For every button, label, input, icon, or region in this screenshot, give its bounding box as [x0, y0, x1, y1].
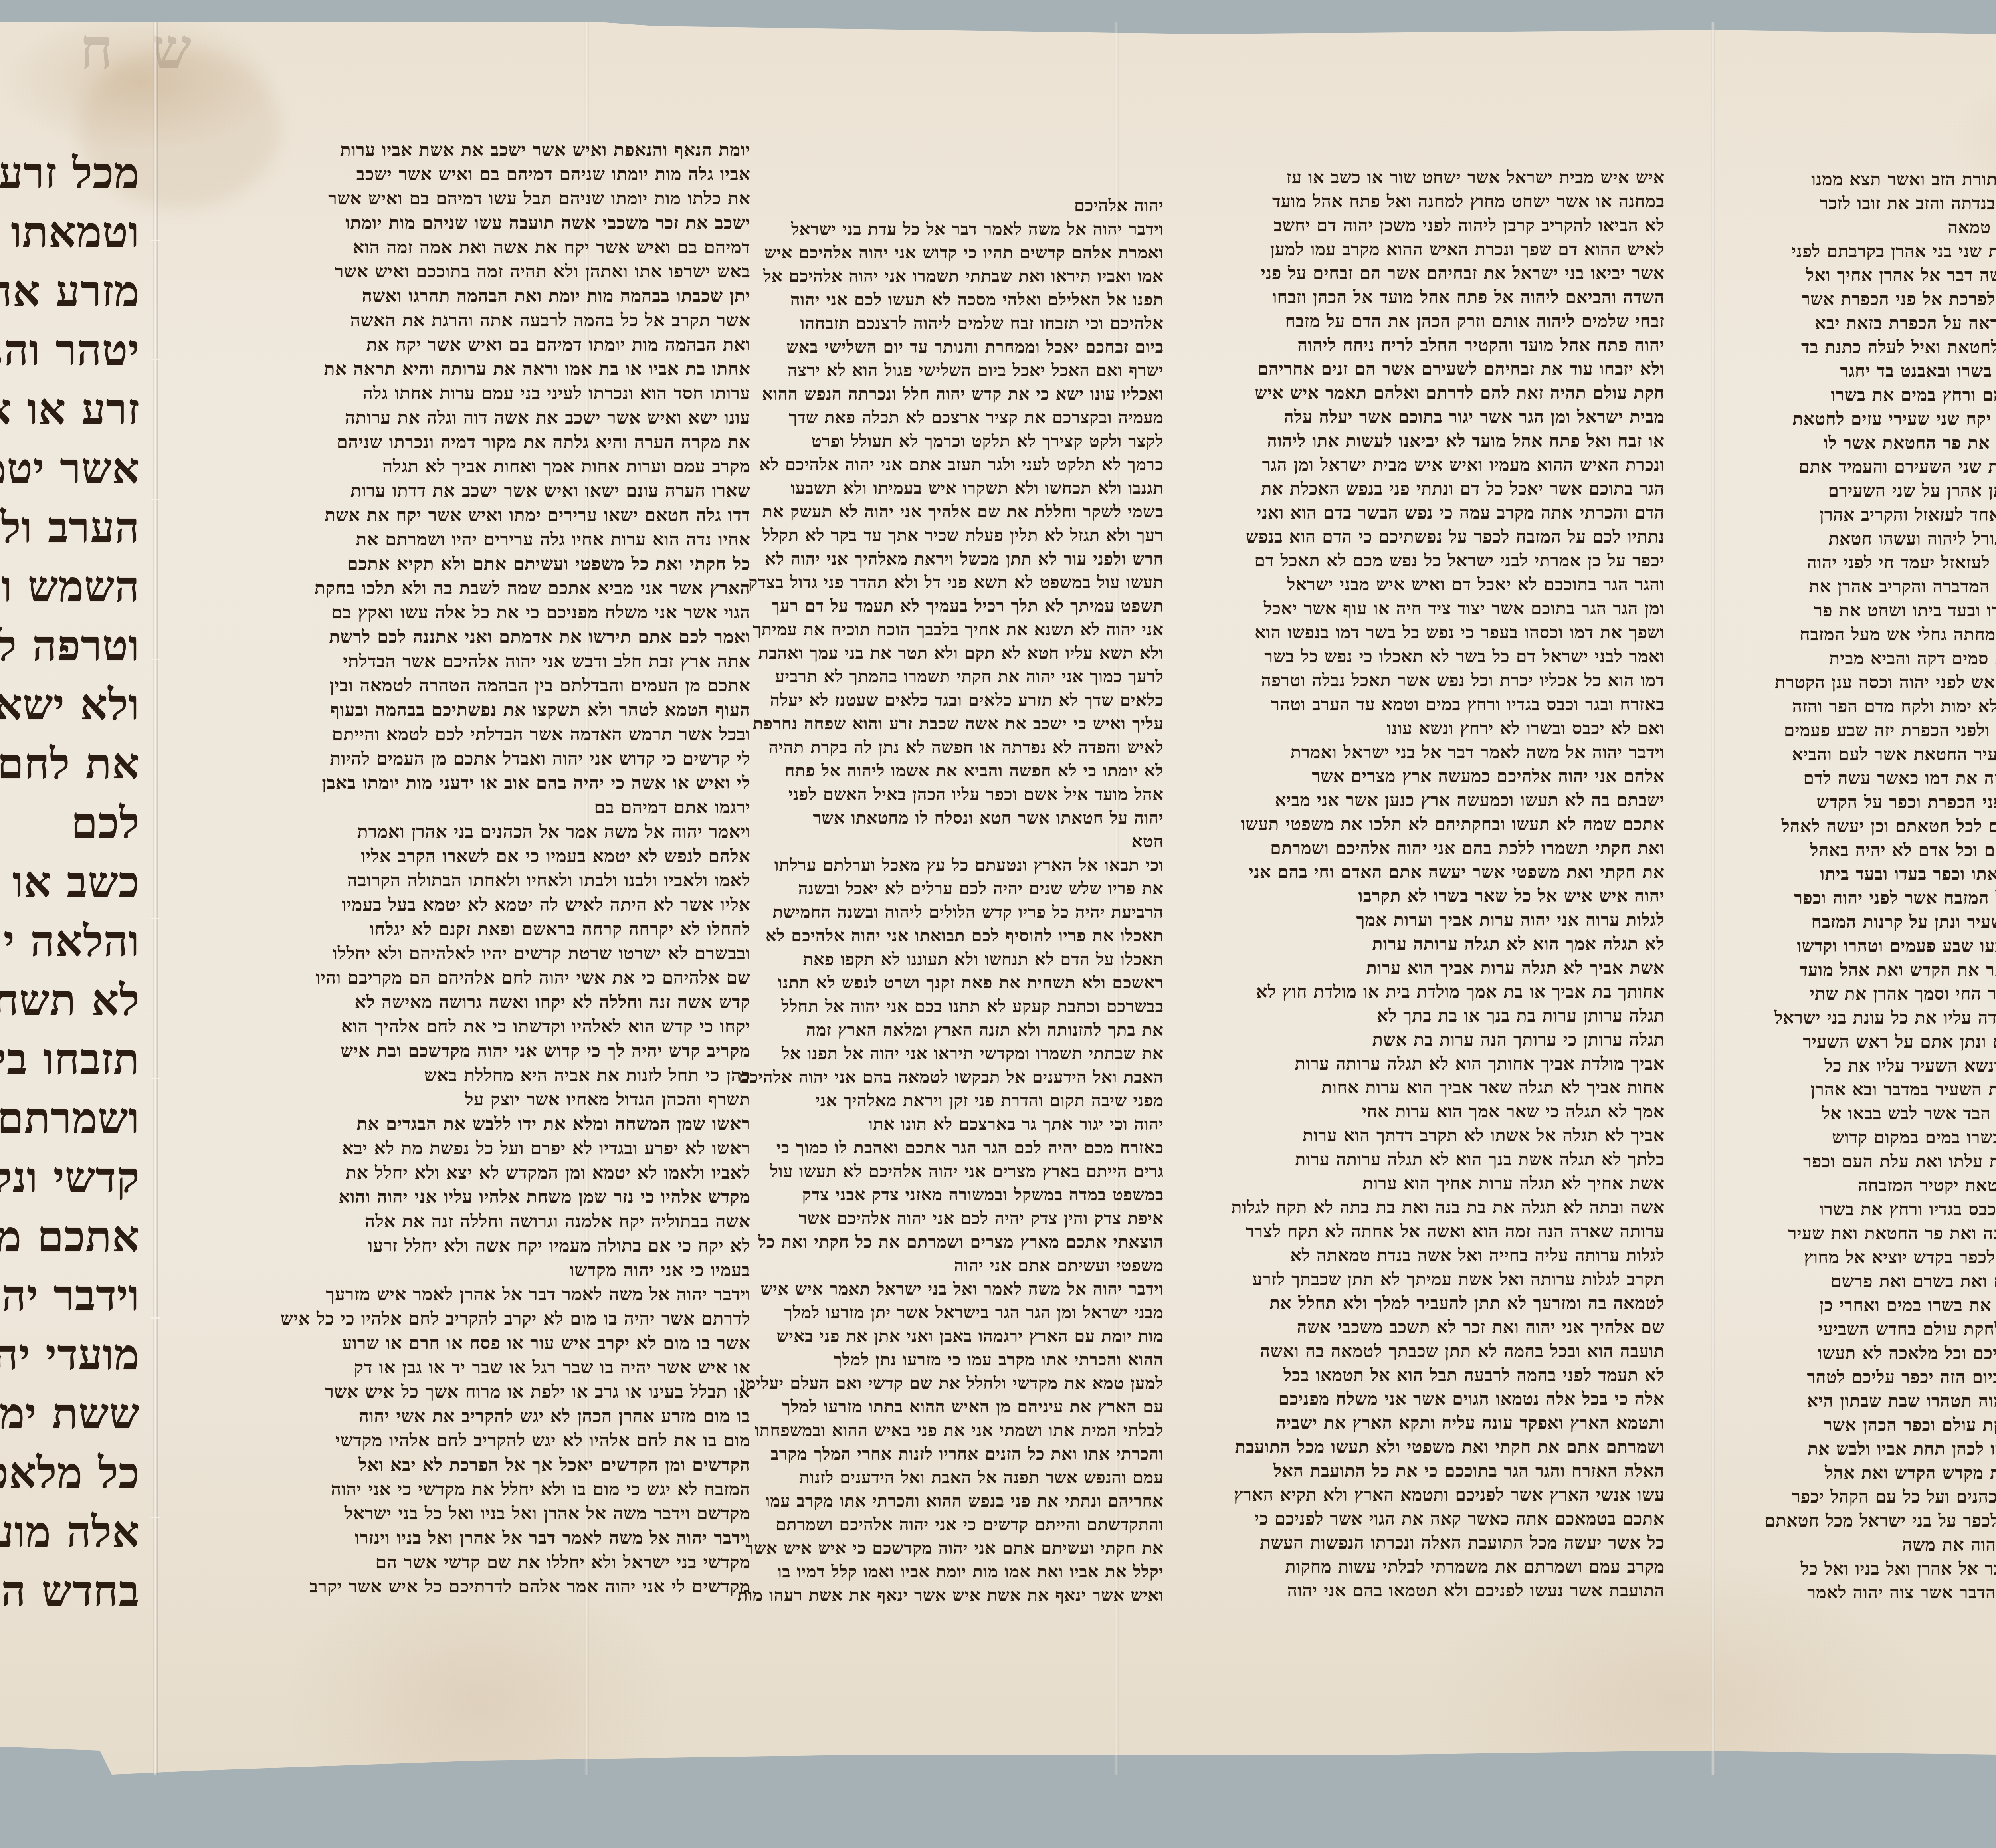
scroll-text-line: לאיש והפדה לא נפדתה או חפשה לא נתן לה בק… — [715, 735, 1164, 759]
scroll-text-line: אלה כי בכל אלה נטמאו הגוים אשר אני משלח … — [1222, 1387, 1665, 1411]
scroll-text-line: אמו ואביו תיראו ואת שבתתי תשמרו אני יהוה… — [715, 264, 1164, 288]
scroll-text-line: והשרף אתם יכבס בגדיו ורחץ את בשרו במים ו… — [1743, 1293, 1996, 1317]
scroll-text-line: יבוא אל המחנה והיתה לכם לחקת עולם בחדש ה… — [1743, 1317, 1996, 1341]
scroll-text-line: לקצר ולקט קצירך לא תלקט וכרמך לא תעולל ו… — [715, 429, 1164, 453]
scroll-text-line: תשפט עמיתך לא תלך רכיל בעמיך לא תעמד על … — [715, 594, 1164, 618]
scroll-text-line: הקדש והניחם שם ורחץ את בשרו במים במקום ק… — [1743, 1126, 1996, 1150]
scroll-text-line: אתכם מכל חטאתיכם לפני יהוה תטהרו שבת שבת… — [1743, 1389, 1996, 1413]
scroll-text-line: ישרף ואם האכל יאכל ביום השלישי פגול הוא … — [715, 359, 1164, 382]
scroll-text-line: ובכל אשר תרמש האדמה אשר הבדלתי לכם לטמא … — [196, 722, 750, 747]
scroll-text-line: חקת עולם תהיה זאת להם לדרתם ואלהם תאמר א… — [1222, 381, 1665, 405]
scroll-text-line: יומת הנאף והנאפת ואיש אשר ישכב את אשת אב… — [196, 138, 750, 162]
scroll-text-line: את דמו אל מבית לפרכת ועשה את דמו כאשר עש… — [1743, 767, 1996, 790]
scroll-text-line: רעך ולא תגזל לא תלין פעלת שכיר אתך עד בק… — [715, 523, 1164, 547]
scroll-text-line: ששת ימים תעשה — [0, 1385, 140, 1444]
scroll-text-line: ואמר לבני ישראל דם כל בשר לא תאכלו כי נפ… — [1222, 645, 1665, 669]
scroll-text-line: בעשור לחדש תענו את נפשתיכם וכל מלאכה לא … — [1743, 1341, 1996, 1365]
scroll-text-line: ואת הבהמה מות יומתו דמיהם בם ואיש אשר יק… — [196, 333, 750, 357]
scroll-text-line: ביום זבחכם יאכל וממחרת והנותר עד יום השל… — [715, 335, 1164, 359]
scroll-text-line: יבא בכל עת אל הקדש מבית לפרכת אל פני הכפ… — [1743, 287, 1996, 311]
scroll-text-line: אלהם אני יהוה אלהיכם כמעשה ארץ מצרים אשר — [1222, 765, 1665, 788]
scroll-text-line: כלתך לא תגלה אשת בנך הוא לא תגלה ערותה ע… — [1222, 1148, 1665, 1172]
text-column-left-partial: מכל זרעכם אל הקדשיםוטמאתו עליו ונכרתהמזר… — [0, 144, 140, 1621]
scroll-text-line: איפת צדק והין צדק יהיה לכם אני יהוה אלהי… — [715, 1206, 1164, 1230]
seam-stitch — [151, 659, 160, 660]
scroll-text-line: ההוא והכרתי אתו מקרב עמו כי מזרעו נתן למ… — [715, 1348, 1164, 1371]
scroll-text-line: אלהם לנפש לא יטמא בעמיו כי אם לשארו הקרב… — [196, 844, 750, 868]
scroll-text-line: לא יקח כי אם בתולה מעמיו יקח אשה ולא יחל… — [196, 1234, 750, 1258]
scroll-text-line: לי קדשים כי קדוש אני יהוה ואבדל אתכם מן … — [196, 747, 750, 771]
scroll-text-line: בו מום מזרע אהרן הכהן לא יגש להקריב את א… — [196, 1404, 750, 1428]
scroll-text-line: וטמאתו עליו ונכרתה — [0, 203, 140, 262]
scroll-text-line: מלפני יהוה ומלא חפניו קטרת סמים דקה והבי… — [1743, 647, 1996, 671]
scroll-text-line: את לחם אלהיכם — [0, 735, 140, 794]
scroll-text-line: קדש אשה זנה וחללה לא יקחו ואשה גרושה מאי… — [196, 990, 750, 1014]
seam-stitch — [151, 359, 160, 360]
scroll-text-line: מקדשי בני ישראל ולא יחללו את שם קדשי אשר… — [196, 1550, 750, 1575]
scroll-text-line: אחת בשנה ויעש כאשר צוה יהוה את משה — [1743, 1533, 1996, 1557]
scroll-text-line: כלאים שדך לא תזרע כלאים ובגד כלאים שעטנז… — [715, 688, 1164, 712]
scroll-text-line: מקדש אלהיו כי נזר שמן משחת אלהיו עליו אנ… — [196, 1185, 750, 1209]
scroll-text-line: ערותה שארה הנה זמה הוא ואשה אל אחתה לא ת… — [1222, 1220, 1665, 1244]
scroll-text-line: יכפר על כן אמרתי לבני ישראל כל נפש מכם ל… — [1222, 549, 1665, 573]
scroll-text-line: באש ישרפו אתו ואתהן ולא תהיה זמה בתוככם … — [196, 259, 750, 284]
scroll-text-line: בבשרכם וכתבת קעקע לא תתנו בכם אני יהוה א… — [715, 994, 1164, 1018]
scroll-text-line: אמך לא תגלה כי שאר אמך הוא ערות אחי — [1222, 1100, 1665, 1124]
scroll-text-line: והגר הגר בתוככם לא יאכל דם ואיש איש מבני… — [1222, 573, 1665, 597]
scroll-text-line: אתכם מן העמים והבדלתם בין הבהמה הטהרה לט… — [196, 673, 750, 698]
seam-stitch — [151, 1078, 160, 1079]
show-through-ink: ש ח — [80, 16, 191, 81]
scroll-text-line: כל חקתי ואת כל משפטי ועשיתם אתם ולא תקיא… — [196, 552, 750, 576]
scroll-text-line: הרביעת יהיה כל פריו קדש הלולים ליהוה ובש… — [715, 900, 1164, 924]
scroll-text-line: תגנבו ולא תכחשו ולא תשקרו איש בעמיתו ולא… — [715, 476, 1164, 500]
scroll-text-line: וידבר יהוה אל משה לאמר דבר אל אהרן ואל ב… — [196, 1526, 750, 1550]
scroll-text-line: ולנקבה ולאיש אשר ישכב עם טמאה — [1743, 216, 1996, 240]
scroll-text-line: את השעיר אשר עלה עליו הגורל ליהוה ועשהו … — [1743, 527, 1996, 551]
scroll-text-line: מעמיה ובקצרכם את קציר ארצכם לא תכלה פאת … — [715, 406, 1164, 429]
scroll-text-line: גרים הייתם בארץ מצרים אני יהוה אלהיכם לא… — [715, 1159, 1164, 1183]
scroll-text-line: אני יהוה לא תשנא את אחיך בלבבך הוכח תוכי… — [715, 618, 1164, 641]
scroll-text-line: בחדש הראשון — [0, 1562, 140, 1621]
scroll-text-line: יהוה אלהיכם — [715, 194, 1164, 217]
scroll-text-line: ראשכם ולא תשחית את פאת זקנך ושרט לנפש לא… — [715, 971, 1164, 994]
scroll-text-line: לגלות ערותה עליה בחייה ואל אשה בנדת טמאת… — [1222, 1244, 1665, 1268]
scroll-text-line: לבלתי המית אתו ושמתי אני את פני באיש ההו… — [715, 1418, 1164, 1442]
scroll-text-line: משפטי ועשיתם אתם אני יהוה — [715, 1254, 1164, 1277]
scroll-text-line: מן הדם באצבעו ושחט את שעיר החטאת אשר לעם… — [1743, 743, 1996, 767]
scroll-text-line: אתכם שמה לא תעשו ובחקתיהם לא תלכו את משפ… — [1222, 812, 1665, 836]
scroll-text-line: יקחו כי קדש הוא לאלהיו וקדשתו כי את לחם … — [196, 1014, 750, 1039]
scroll-text-line: סביב והזה עליו מן הדם באצבעו שבע פעמים ו… — [1743, 934, 1996, 958]
scroll-text-line: פר החטאת אשר לו וכפר בעדו ובעד ביתו ושחט… — [1743, 599, 1996, 623]
seam-stitch — [151, 1517, 160, 1518]
scroll-text-line: האלה האזרח והגר הגר בתוככם כי את כל התוע… — [1222, 1459, 1665, 1483]
scroll-text-line: מועדי יהוה אשר — [0, 1325, 140, 1385]
scroll-text-line: כשב או עז כי יולד — [0, 853, 140, 912]
scroll-text-line: וידבר יהוה אל משה לאמר דבר אל בני ישראל … — [1222, 741, 1665, 765]
scroll-text-line: בגדי הבד בגדי הקדש וכפר את מקדש הקדש ואת… — [1743, 1461, 1996, 1485]
scroll-text-line: אשר יטמא לו לכל — [0, 439, 140, 498]
text-column-2: יומת הנאף והנאפת ואיש אשר ישכב את אשת אב… — [196, 138, 750, 1615]
scroll-text-line: לטמאה בה ומזרעך לא תתן להעביר למלך ולא ת… — [1222, 1291, 1665, 1315]
scroll-text-line: כל מלאכה לא — [0, 1444, 140, 1503]
scroll-text-line: וידבר יהוה אל משה אחרי מות שני בני אהרן … — [1743, 240, 1996, 263]
scroll-text-line: מטמאת בני ישראל וכלה מכפר את הקדש ואת אה… — [1743, 958, 1996, 982]
scroll-text-line: הארץ אשר אני מביא אתכם שמה לשבת בה ולא ת… — [196, 576, 750, 600]
scroll-text-line: את פריו שלש שנים יהיה לכם ערלים לא יאכל … — [715, 877, 1164, 900]
scroll-text-line: אשר בו מום לא יקרב איש עור או פסח או חרם… — [196, 1331, 750, 1355]
scroll-text-line: אתכם בטמאכם אתה כאשר קאה את הגוי אשר לפנ… — [1222, 1507, 1665, 1531]
scroll-text-line: תועבה הוא ובכל בהמה לא תתן שכבתך לטמאה ב… — [1222, 1339, 1665, 1363]
scroll-text-line: שם אלהיהם כי את אשי יהוה לחם אלהיהם הם מ… — [196, 966, 750, 990]
scroll-text-line: השדה והביאם ליהוה אל פתח אהל מועד אל הכה… — [1222, 285, 1665, 309]
scroll-text-line: ותטמא הארץ ואפקד עונה עליה ותקא הארץ את … — [1222, 1411, 1665, 1435]
scroll-text-line: הגר בתוכם אשר יאכל כל דם ונתתי פני בנפש … — [1222, 477, 1665, 501]
scroll-text-line: ולבשם ומאת עדת בני ישראל יקח שני שעירי ע… — [1743, 407, 1996, 431]
scroll-text-line: ושלח ביד איש עתי המדברה ונשא השעיר עליו … — [1743, 1054, 1996, 1078]
scroll-text-line: במשפט במדה במשקל ובמשורה מאזני צדק אבני … — [715, 1183, 1164, 1206]
scroll-text-line: מבית ישראל ומן הגר אשר יגור בתוכם אשר יע… — [1222, 405, 1665, 429]
scroll-text-line: מזרע אהרן והוא צרוע — [0, 262, 140, 321]
scroll-text-line: הערב ולא יאכל מן — [0, 498, 140, 557]
seam-stitch — [151, 240, 160, 241]
scroll-text-line: עם הארץ את עיניהם מן האיש ההוא בתתו מזרע… — [715, 1395, 1164, 1418]
scroll-text-line: ואכליו עונו ישא כי את קדש יהוה חלל ונכרת… — [715, 382, 1164, 406]
scroll-text-line: מקרב עמם וערות אחות אמך ואחות אביך לא תג… — [196, 454, 750, 479]
scroll-text-line: או איש אשר יהיה בו שבר רגל או שבר יד או … — [196, 1355, 750, 1380]
scroll-text-line: אהל מועד איל אשם וכפר עליו הכהן באיל האש… — [715, 782, 1164, 806]
scroll-text-line: לכם ועניתם את נפשתיכם חקת עולם וכפר הכהן… — [1743, 1413, 1996, 1437]
scroll-text-line: אשת אחיך לא תגלה ערות אחיך הוא ערות — [1222, 1172, 1665, 1196]
scroll-text-line: מטמאת בני ישראל ומפשעיהם לכל חטאתם וכן י… — [1743, 814, 1996, 838]
scroll-text-line: עמם והנפש אשר תפנה אל האבת ואל הידענים ל… — [715, 1466, 1164, 1489]
scroll-text-line: ולא תשא עליו חטא לא תקם ולא תטר את בני ע… — [715, 641, 1164, 665]
scroll-text-line: תעשו עול במשפט לא תשא פני דל ולא תהדר פנ… — [715, 570, 1164, 594]
scroll-text-line: וכפר בעדו ובעד ביתו ולקח את שני השעירם ו… — [1743, 455, 1996, 479]
scroll-text-line: הפר והזה אתו על הכפרת ולפני הכפרת וכפר ע… — [1743, 790, 1996, 814]
scroll-text-line: קדש ילבש ומכנסי בד יהיו על בשרו ובאבנט ב… — [1743, 359, 1996, 383]
scroll-text-line: מועד בבאו לכפר בקדש עד צאתו וכפר בעדו וב… — [1743, 862, 1996, 886]
scroll-text-line: תאכלו את פריו להוסיף לכם תבואתו אני יהוה… — [715, 924, 1164, 947]
scroll-text-line: את כלתו מות יומתו שניהם תבל עשו דמיהם בם… — [196, 186, 750, 211]
scroll-text-line: שם אלהיך אני יהוה ואת זכר לא תשכב משכבי … — [1222, 1315, 1665, 1339]
scroll-text-line: או תבלל בעינו או גרב או ילפת או מרוח אשך… — [196, 1380, 750, 1404]
scroll-text-line: ובמצנפת בד יצנף בגדי קדש הם ורחץ במים את… — [1743, 383, 1996, 407]
scroll-text-line: קדשי ונקדשתי — [0, 1148, 140, 1207]
scroll-text-line: את מקרה הערה והיא גלתה את מקור דמיה ונכר… — [196, 430, 750, 454]
scroll-text-line: עליך ואיש כי ישכב את אשה שכבת זרע והוא ש… — [715, 712, 1164, 735]
scroll-text-line: ואם לא יכבס ובשרו לא ירחץ ונשא עונו — [1222, 717, 1665, 741]
scroll-text-line: כרמך לא תלקט לעני ולגר תעזב אתם אני יהוה… — [715, 453, 1164, 476]
scroll-text-line: והתקדשתם והייתם קדשים כי אני יהוה אלהיכם… — [715, 1513, 1164, 1536]
scroll-text-line: ואת חקתי תשמרו ללכת בהם אני יהוה אלהיכם … — [1222, 836, 1665, 860]
scroll-text-line: ישכב את זכר משכבי אשה תועבה עשו שניהם מו… — [196, 211, 750, 235]
scroll-text-line: אביך לא תגלה אל אשתו לא תקרב דדתך הוא ער… — [1222, 1124, 1665, 1148]
scroll-text-line: אשה בבתוליה יקח אלמנה וגרושה וחללה זנה א… — [196, 1209, 750, 1234]
scroll-text-line: כאזרח מכם יהיה לכם הגר הגר אתכם ואהבת לו… — [715, 1136, 1164, 1159]
scroll-text-line: הגוי אשר אני משלח מפניכם כי את כל אלה עש… — [196, 600, 750, 625]
scroll-text-line: לרעך כמוך אני יהוה את חקתי תשמרו בהמתך ל… — [715, 665, 1164, 688]
scroll-text-line: וידבר יהוה אל משה לאמר דבר אל כל עדת בני… — [715, 217, 1164, 241]
scroll-text-line: והיתה זאת לכם לחקת עולם לכפר על בני ישרא… — [1743, 1509, 1996, 1533]
scroll-text-line: עליו ולקח מדם הפר ומדם השעיר ונתן על קרנ… — [1743, 910, 1996, 934]
scroll-text-line: יהוה פתח אהל מועד והקטיר החלב לריח ניחח … — [1222, 333, 1665, 357]
scroll-text-line: התועבת אשר נעשו לפניכם ולא תטמאו בהם אני… — [1222, 1579, 1665, 1603]
scroll-text-line: חרש ולפני עור לא תתן מכשל ויראת מאלהיך א… — [715, 547, 1164, 570]
scroll-text-line: ימשח אתו ואשר ימלא את ידו לכהן תחת אביו … — [1743, 1437, 1996, 1461]
scroll-text-line: למחנה ושרפו באש את ערתם ואת בשרם ואת פרש… — [1743, 1270, 1996, 1293]
scroll-text-line: אהרן אל הקדש בפר בן בקר לחטאת ואיל לעלה … — [1743, 335, 1996, 359]
scroll-text-line: המזבח לא יגש כי מום בו ולא יחלל את מקדשי… — [196, 1477, 750, 1501]
scroll-text-line: החטאת אשר הובא את דמם לכפר בקדש יוציא אל… — [1743, 1246, 1996, 1270]
scroll-text-line: לא תשחטו ביום — [0, 971, 140, 1030]
scroll-text-line: תגלה ערותן ערות בת בנך או בת בתך לא — [1222, 1004, 1665, 1028]
scroll-text-line: למען טמא את מקדשי ולחלל את שם קדשי ואם ה… — [715, 1371, 1164, 1395]
scroll-text-line: והשעיר אשר עלה עליו הגורל לעזאזל יעמד חי… — [1743, 551, 1996, 575]
scroll-text-line: נתתיו לכם על המזבח לכפר על נפשתיכם כי הד… — [1222, 525, 1665, 549]
scroll-text-line: לאמו ולאביו ולבנו ולבתו ולאחיו ולאחתו הב… — [196, 868, 750, 893]
scroll-text-line: בעדו ובעד העם ואת חלב החטאת יקטיר המזבחה — [1743, 1174, 1996, 1198]
scroll-text-line: להחלו לא יקרחה קרחה בראשם ופאת זקנם לא י… — [196, 917, 750, 941]
scroll-text-line: הוצאתי אתכם מארץ מצרים ושמרתם את כל חקתי… — [715, 1230, 1164, 1254]
scroll-text-line: יקלל את אביו ואת אמו מות יומת אביו ואמו … — [715, 1560, 1164, 1583]
scroll-text-line: לאיש ההוא דם שפך ונכרת האיש ההוא מקרב עמ… — [1222, 238, 1665, 261]
scroll-text-line: אחתו בת אביו או בת אמו וראה את ערותה והי… — [196, 357, 750, 381]
scroll-text-line: את חקתי ואת משפטי אשר יעשה אתם האדם וחי … — [1222, 860, 1665, 884]
scroll-text-line: לכם — [0, 794, 140, 853]
scroll-text-line: מכל זרעכם אל הקדשים — [0, 144, 140, 203]
scroll-text-line: באצבעו על פני הכפרת קדמה ולפני הכפרת יזה… — [1743, 719, 1996, 743]
scroll-text-line: האבת ואל הידענים אל תבקשו לטמאה בהם אני … — [715, 1065, 1164, 1089]
scroll-text-line: תקרב לגלות ערותה ואל אשת עמיתך לא תתן שכ… — [1222, 1268, 1665, 1291]
scroll-text-line: וידבר יהוה אל משה לאמר ואל בני ישראל תאמ… — [715, 1277, 1164, 1301]
scroll-text-line: בני ישראל ואמרת אליהם זה הדבר אשר צוה יה… — [1743, 1581, 1996, 1605]
scroll-text-line: ואיש אשר ינאף את אשת איש אשר ינאף את אשת… — [715, 1583, 1164, 1607]
scroll-text-line: מפני שיבה תקום והדרת פני זקן ויראת מאלהי… — [715, 1089, 1164, 1112]
scroll-text-line: תזבחו ביום ההוא — [0, 1030, 140, 1089]
scroll-text-line: מום בו את לחם אלהיו לא יגש להקריב לחם אל… — [196, 1428, 750, 1453]
scroll-text-line: אליו אשר לא היתה לאיש לה יטמא לא יטמא בע… — [196, 893, 750, 917]
scroll-text-line: אלהיכם וכי תזבחו זבח שלמים ליהוה לרצנכם … — [715, 311, 1164, 335]
scroll-text-line: לגלות ערוה אני יהוה ערות אביך וערות אמך — [1222, 908, 1665, 932]
scroll-text-line: באזרח ובגר וכבס בגדיו ורחץ במים וטמא עד … — [1222, 693, 1665, 717]
scroll-text-line: הקדשים ומן הקדשים יאכל אך אל הפרכת לא יב… — [196, 1453, 750, 1477]
text-column-4: איש איש מבית ישראל אשר ישחט שור או כשב א… — [1222, 166, 1665, 1619]
scroll-text-line: ולבש את בגדיו ויצא ועשה את עלתו ואת עלת … — [1743, 1150, 1996, 1174]
scroll-text-line: ולא ישאו עליו חטא — [0, 675, 140, 735]
scroll-text-line: ויאמר יהוה אל משה אמר אל הכהנים בני אהרן… — [196, 820, 750, 844]
scroll-text-line: לי ואיש או אשה כי יהיה בהם אוב או ידעני … — [196, 771, 750, 795]
scroll-text-line: והלאה ירצה לקרבן — [0, 912, 140, 971]
scroll-text-line: את בתך להזנותה ולא תזנה הארץ ומלאה הארץ … — [715, 1018, 1164, 1042]
scroll-text-line: אל אהל מועד ופשט את בגדי הבד אשר לבש בבא… — [1743, 1102, 1996, 1126]
torah-scroll-photo: ש ח מכל זרעכם אל הקדשיםוטמאתו עליו ונכרת… — [0, 0, 1996, 1848]
scroll-text-line: ראשו לא יפרע ובגדיו לא יפרם ועל כל נפשת … — [196, 1136, 750, 1161]
sheet-seam — [1711, 22, 1715, 1775]
scroll-text-line: ושמרתם אתם את חקתי ואת משפטי ולא תעשו מכ… — [1222, 1435, 1665, 1459]
scroll-text-line: וטרפה לא יאכל — [0, 616, 140, 675]
text-column-3: יהוה אלהיכםוידבר יהוה אל משה לאמר דבר אל… — [715, 194, 1164, 1615]
scroll-text-line: כהן כי תחל לזנות את אביה היא מחללת באש — [196, 1063, 750, 1087]
scroll-text-line: הדם והכרתי אתה מקרב עמה כי נפש הבשר בדם … — [1222, 501, 1665, 525]
scroll-text-line: איש איש מבית ישראל אשר ישחט שור או כשב א… — [1222, 166, 1665, 190]
scroll-text-line: ראשו שמן המשחה ומלא את ידו ללבש את הבגדי… — [196, 1112, 750, 1136]
scroll-text-line: אחותך בת אביך או בת אמך מולדת בית או מול… — [1222, 980, 1665, 1004]
scroll-text-line: ולא יזבחו עוד את זבחיהם לשעירם אשר הם זנ… — [1222, 357, 1665, 381]
scroll-text-line: השמש וטהר ואחר — [0, 557, 140, 616]
scroll-text-line: יהוה איש איש אל כל שאר בשרו לא תקרבו — [1222, 884, 1665, 908]
scroll-text-line: מועד השכן אתם בתוך טמאתם וכל אדם לא יהיה… — [1743, 838, 1996, 862]
scroll-text-line: זבחי שלמים ליהוה אותם וזרק הכהן את הדם ע… — [1222, 309, 1665, 333]
scroll-text-line: וידבר יהוה אל משה לאמר דבר אל אהרן ואל ב… — [1743, 1557, 1996, 1581]
scroll-text-line: תפנו אל האלילם ואלהי מסכה לא תעשו לכם אנ… — [715, 288, 1164, 311]
scroll-text-line: אחיו נדה הוא ערות אחיו גלה ערירים יהיו ו… — [196, 527, 750, 552]
scroll-text-line: ידו על ראש השעיר החי והתודה עליו את כל ע… — [1743, 1006, 1996, 1030]
scroll-text-line: מות יומת עם הארץ ירגמהו באבן ואני אתן את… — [715, 1324, 1164, 1348]
scroll-text-line: במים ואחרי כן יבוא אל המחנה ואת פר החטאת… — [1743, 1222, 1996, 1246]
scroll-text-line: ואת כל פשעיהם לכל חטאתם ונתן אתם על ראש … — [1743, 1030, 1996, 1054]
scroll-text-line: ואמרת אלהם קדשים תהיו כי קדוש אני יהוה א… — [715, 241, 1164, 264]
scroll-text-line: מקדשים לי אני יהוה אמר אלהם לדרתיכם כל א… — [196, 1575, 750, 1599]
scroll-text-line: ואת המזבח והקריב את השעיר החי וסמך אהרן … — [1743, 982, 1996, 1006]
scroll-text-line: החטאת אשר לו ולקח מלא המחתה גחלי אש מעל … — [1743, 623, 1996, 647]
scroll-text-line: מקריב קדש יהיה לך כי קדוש אני יהוה מקדשכ… — [196, 1039, 750, 1063]
scroll-text-line: שכבת זרע לטמאה בה והדוה בנדתה והזב את זו… — [1743, 192, 1996, 216]
scroll-text-line: יטהר והנגע בכל טמא — [0, 321, 140, 380]
scroll-text-line: תאכלו על הדם לא תנחשו ולא תעוננו לא תקפו… — [715, 947, 1164, 971]
scroll-text-line: אחריהם ונתתי את פני בנפש ההוא והכרתי אתו… — [715, 1489, 1164, 1513]
scroll-text-line: והכרתי אתו ואת כל הזנים אחריו לזנות אחרי… — [715, 1442, 1164, 1466]
scroll-text-line: זרע או איש אשר יגע — [0, 380, 140, 439]
scroll-text-line: ובבשרם לא ישרטו שרטת קדשים יהיו לאלהיהם … — [196, 941, 750, 966]
scroll-text-line: העוף הטמא לטהר ולא תשקצו את נפשתיכם בבהמ… — [196, 698, 750, 722]
scroll-text-line: והמשלח את השעיר לעזאזל יכבס בגדיו ורחץ א… — [1743, 1198, 1996, 1222]
scroll-text-line: לפני יהוה פתח אהל מועד ונתן אהרן על שני … — [1743, 479, 1996, 503]
scroll-text-line: עונתם אל ארץ גזרה ושלח את השעיר במדבר וב… — [1743, 1078, 1996, 1102]
scroll-text-line: חטא — [715, 830, 1164, 853]
scroll-text-line: מקרב עמם ושמרתם את משמרתי לבלתי עשות מחק… — [1222, 1555, 1665, 1579]
scroll-text-line: לא יומתו כי לא חפשה והביא את אשמו ליהוה … — [715, 759, 1164, 782]
scroll-text-line: יהוה וכי יגור אתך גר בארצכם לא תונו אתו — [715, 1112, 1164, 1136]
scroll-text-line: במחנה או אשר ישחט מחוץ למחנה ואל פתח אהל… — [1222, 190, 1665, 214]
scroll-text-line: בעמיו כי אני יהוה מקדשו — [196, 1258, 750, 1282]
scroll-text-line: מועד ואת המזבח יכפר ועל הכהנים ועל כל עם… — [1743, 1485, 1996, 1509]
scroll-text-line: אביך מולדת אביך אחותך הוא לא תגלה ערותה … — [1222, 1052, 1665, 1076]
scroll-text-line: ערותו חסד הוא ונכרתו לעיני בני עמם ערות … — [196, 381, 750, 406]
sheet-seam — [153, 22, 158, 1775]
scroll-text-line: יהוה על חטאתו אשר חטא ונסלח לו מחטאתו אש… — [715, 806, 1164, 830]
scroll-text-line: מקדשם וידבר משה אל אהרן ואל בניו ואל כל … — [196, 1501, 750, 1526]
scroll-text-line: וידבר יהוה אל משה לאמר דבר אל אהרן לאמר … — [196, 1282, 750, 1307]
scroll-text-line: לדרתם אשר יהיה בו מום לא יקרב להקריב לחם… — [196, 1307, 750, 1331]
scroll-text-line: אלה מועדי יהוה — [0, 1503, 140, 1562]
scroll-text-line: לא תגלה אמך הוא לא תגלה ערותה ערות — [1222, 932, 1665, 956]
scroll-text-line: לא תעמד לפני בהמה לרבעה תבל הוא אל תטמאו… — [1222, 1363, 1665, 1387]
seam-stitch — [151, 499, 160, 500]
scroll-text-line: וידבר יהוה אל משה — [0, 1266, 140, 1325]
scroll-text-line: דמיהם בם ואיש אשר יקח את אשה ואת אמה זמה… — [196, 235, 750, 259]
scroll-text-line: ואמר לכם אתם תירשו את אדמתם ואני אתננה ל… — [196, 625, 750, 649]
scroll-text-line: שארו הערה עונם ישאו ואיש אשר ישכב את דדת… — [196, 479, 750, 503]
scroll-text-line: אחות אביך לא תגלה שאר אביך הוא ערות אחות — [1222, 1076, 1665, 1100]
scroll-text-line: את הכפרת אשר על העדות ולא ימות ולקח מדם … — [1743, 695, 1996, 719]
scroll-text-line: גרלות גורל אחד ליהוה וגורל אחד לעזאזל וה… — [1743, 503, 1996, 527]
scroll-text-line: תשרף והכהן הגדול מאחיו אשר יוצק על — [196, 1087, 750, 1112]
scroll-text-line: ירגמו אתם דמיהם בם — [196, 795, 750, 820]
scroll-text-line: לכפר עליו לשלח אתו לעזאזל המדברה והקריב … — [1743, 575, 1996, 599]
scroll-text-line: אשר תקרב אל כל בהמה לרבעה אתה והרגת את ה… — [196, 308, 750, 333]
scroll-text-line: את שבתתי תשמרו ומקדשי תיראו אני יהוה אל … — [715, 1042, 1164, 1065]
scroll-text-line: כל אשר יעשה מכל התועבת האלה ונכרתו הנפשו… — [1222, 1531, 1665, 1555]
scroll-text-line: האזרח והגר הגר בתוככם כי ביום הזה יכפר ע… — [1743, 1365, 1996, 1389]
scroll-text-line: לאביו ולאמו לא יטמא ומן המקדש לא יצא ולא… — [196, 1161, 750, 1185]
scroll-text-line: ונכרת האיש ההוא מעמיו ואיש איש מבית ישרא… — [1222, 453, 1665, 477]
scroll-text-line: וכי תבאו אל הארץ ונטעתם כל עץ מאכל וערלת… — [715, 853, 1164, 877]
scroll-text-line: את משכבי אשר בתוכם זאת תורת הזב ואשר תצא… — [1743, 168, 1996, 192]
scroll-text-line: או זבח ואל פתח אהל מועד לא יביאנו לעשות … — [1222, 429, 1665, 453]
scroll-text-line: יהוה וימתו ויאמר יהוה אל משה דבר אל אהרן… — [1743, 263, 1996, 287]
scroll-text-line: אביו גלה מות יומתו שניהם דמיהם בם ואיש א… — [196, 162, 750, 186]
scroll-text-line: אתכם מארץ מצרים — [0, 1207, 140, 1266]
seam-stitch — [151, 1317, 160, 1319]
scroll-text-line: לא הביאו להקריב קרבן ליהוה לפני משכן יהו… — [1222, 214, 1665, 238]
scroll-text-line: ושמרתם מצותי — [0, 1089, 140, 1148]
scroll-text-line: בשמי לשקר וחללת את שם אלהיך אני יהוה לא … — [715, 500, 1164, 523]
scroll-text-line: ושפך את דמו וכסהו בעפר כי נפש כל בשר דמו… — [1222, 621, 1665, 645]
scroll-text-line: על הארן ולא ימות כי בענן אראה על הכפרת ב… — [1743, 311, 1996, 335]
scroll-text-line: לפרכת ונתן את הקטרת על האש לפני יהוה וכס… — [1743, 671, 1996, 695]
scroll-text-line: את חקתי ועשיתם אתם אני יהוה מקדשכם כי אי… — [715, 1536, 1164, 1560]
scroll-text-line: ואיל אחד לעלה והקריב אהרן את פר החטאת אש… — [1743, 431, 1996, 455]
scroll-text-line: דמו הוא כל אכליו יכרת וכל נפש אשר תאכל נ… — [1222, 669, 1665, 693]
scroll-text-line: אשת אביך לא תגלה ערות אביך הוא ערות — [1222, 956, 1665, 980]
scroll-text-line: אשה ובתה לא תגלה את בת בנה ואת בת בתה לא… — [1222, 1196, 1665, 1220]
seam-stitch — [151, 918, 160, 919]
scroll-text-line: עשו אנשי הארץ אשר לפניכם ותטמא הארץ ולא … — [1222, 1483, 1665, 1507]
scroll-text-line: ומן הגר הגר בתוכם אשר יצוד ציד חיה או עו… — [1222, 597, 1665, 621]
scroll-text-line: אשר יביאו בני ישראל את זבחיהם אשר הם זבח… — [1222, 261, 1665, 285]
scroll-text-line: יתן שכבתו בבהמה מות יומת ואת הבהמה תהרגו… — [196, 284, 750, 308]
scroll-text-line: אתה ארץ זבת חלב ודבש אני יהוה אלהיכם אשר… — [196, 649, 750, 673]
scroll-text-line: מבני ישראל ומן הגר הגר בישראל אשר יתן מז… — [715, 1301, 1164, 1324]
text-column-5: את משכבי אשר בתוכם זאת תורת הזב ואשר תצא… — [1743, 168, 1996, 1605]
scroll-text-line: ישבתם בה לא תעשו וכמעשה ארץ כנען אשר אני… — [1222, 788, 1665, 812]
scroll-text-line: תגלה ערותן כי ערותך הנה ערות בת אשת — [1222, 1028, 1665, 1052]
scroll-text-line: דדו גלה חטאם ישאו ערירים ימתו ואיש אשר י… — [196, 503, 750, 527]
scroll-text-line: עונו ישא ואיש אשר ישכב את אשה דוה וגלה א… — [196, 406, 750, 430]
scroll-text-line: ובעד כל קהל ישראל ויצא אל המזבח אשר לפני… — [1743, 886, 1996, 910]
